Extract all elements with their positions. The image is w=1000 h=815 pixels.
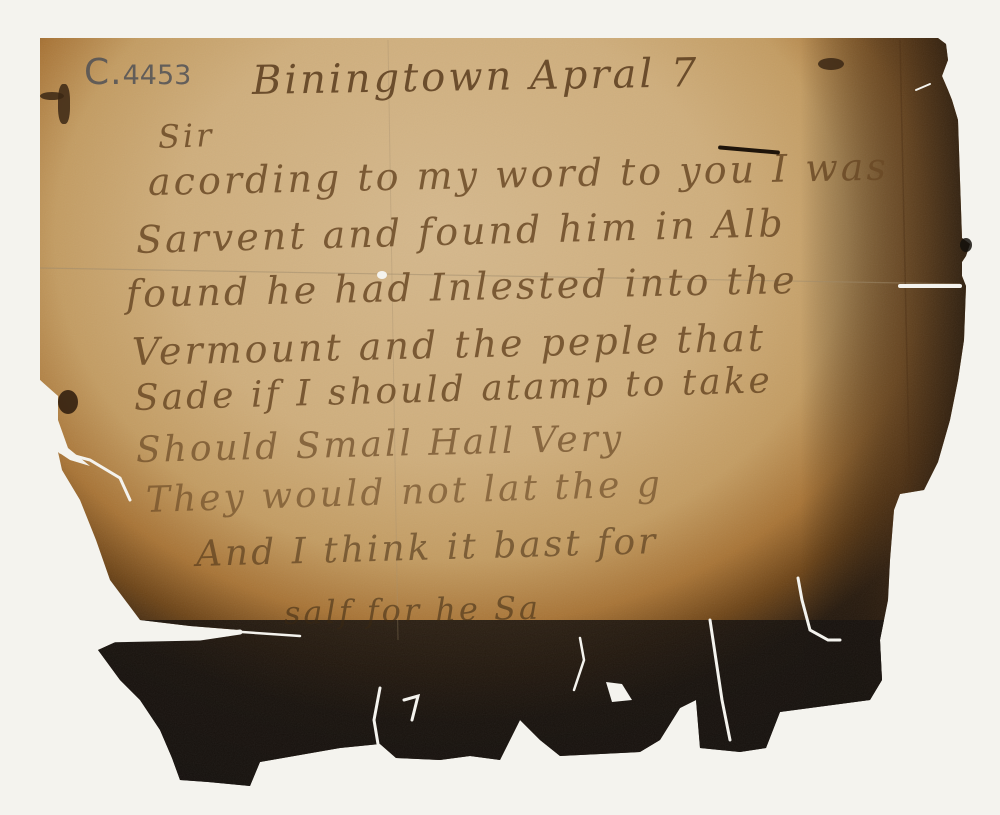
letter-line: salf for he Sa [284, 589, 542, 632]
document-viewer: C.4453 Biningtown Apral 7 Sir acording t… [0, 0, 1000, 815]
letter-heading: Biningtown Apral 7 [252, 50, 700, 104]
letter-salutation: Sir [157, 116, 215, 156]
